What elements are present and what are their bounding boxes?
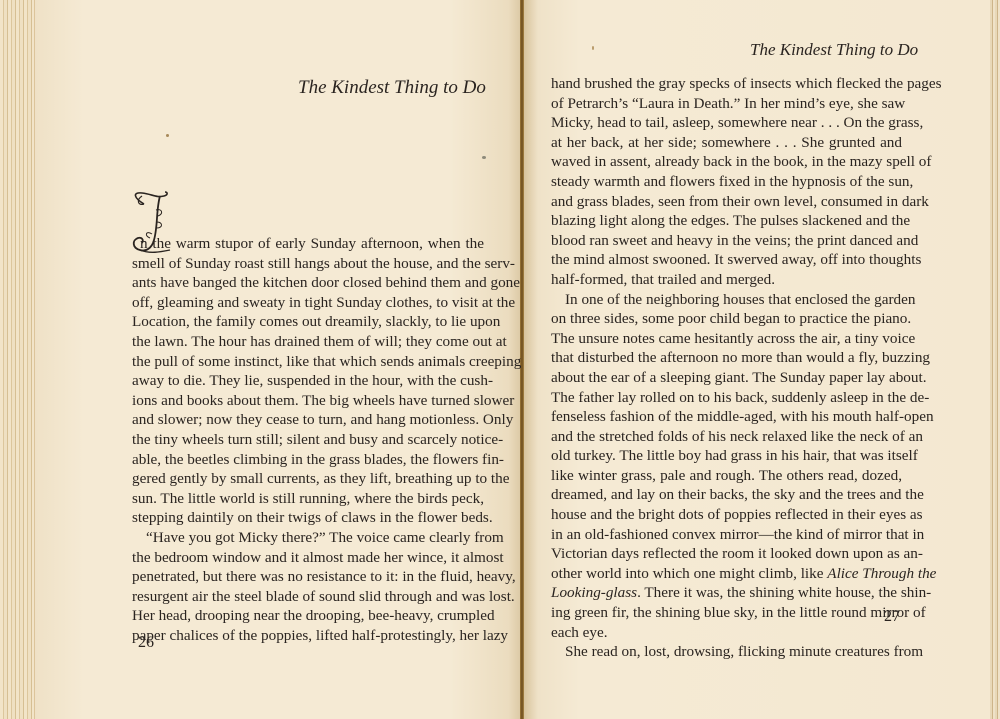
- text-line: smell of Sunday roast still hangs about …: [132, 254, 484, 274]
- text-line: blazing light along the edges. The pulse…: [551, 211, 902, 231]
- paper-speck: [592, 46, 594, 50]
- text-line: off, gleaming and sweaty in tight Sunday…: [132, 293, 484, 313]
- text-line: half-formed, that trailed and merged.: [551, 270, 902, 290]
- book-title-italic: Alice Through the: [827, 565, 936, 582]
- text-fragment: other world into which one might climb, …: [551, 565, 827, 582]
- text-line: In one of the neighboring houses that en…: [551, 290, 902, 310]
- text-line: other world into which one might climb, …: [551, 564, 902, 584]
- text-line: in an old-fashioned convex mirror—the ki…: [551, 525, 902, 545]
- text-line: stepping daintily on their twigs of claw…: [132, 508, 484, 528]
- text-line: of Petrarch’s “Laura in Death.” In her m…: [551, 94, 902, 114]
- text-line: n the warm stupor of early Sunday aftern…: [132, 234, 484, 254]
- text-fragment: . There it was, the shining white house,…: [637, 584, 931, 601]
- text-line: She read on, lost, drowsing, flicking mi…: [551, 642, 902, 662]
- text-line: penetrated, but there was no resistance …: [132, 567, 484, 587]
- text-line: fenseless fashion of the middle-aged, wi…: [551, 407, 902, 427]
- running-head-right: The Kindest Thing to Do: [750, 40, 918, 60]
- page-number-right: 27: [884, 608, 900, 626]
- text-line: The unsure notes came hesitantly across …: [551, 329, 902, 349]
- right-page-body: hand brushed the gray specks of insects …: [551, 74, 902, 662]
- text-line: Looking-glass. There it was, the shining…: [551, 583, 902, 603]
- text-line: and slower; now they cease to turn, and …: [132, 410, 484, 430]
- left-page-body: n the warm stupor of early Sunday aftern…: [132, 234, 484, 645]
- text-line: about the ear of a sleeping giant. The S…: [551, 368, 902, 388]
- text-line: Location, the family comes out dreamily,…: [132, 312, 484, 332]
- text-line: Victorian days reflected the room it loo…: [551, 544, 902, 564]
- text-line: the mind almost swooned. It swerved away…: [551, 250, 902, 270]
- text-line: dreamed, and lay on their backs, the sky…: [551, 485, 902, 505]
- page-number-left: 26: [138, 634, 154, 652]
- text-line: each eye.: [551, 623, 902, 643]
- page-edges-left: [0, 0, 34, 719]
- paper-speck: [482, 156, 486, 159]
- text-line: waved in assent, already back in the boo…: [551, 152, 902, 172]
- text-line: sun. The little world is still running, …: [132, 489, 484, 509]
- book-title-italic: Looking-glass: [551, 584, 637, 601]
- text-line: like winter grass, pale and rough. The o…: [551, 466, 902, 486]
- text-line: steady warmth and flowers fixed in the h…: [551, 172, 902, 192]
- text-line: the lawn. The hour has drained them of w…: [132, 332, 484, 352]
- text-line: the tiny wheels turn still; silent and b…: [132, 430, 484, 450]
- text-line: away to die. They lie, suspended in the …: [132, 371, 484, 391]
- text-line: at her back, at her side; somewhere . . …: [551, 133, 902, 153]
- text-line: able, the beetles climbing in the grass …: [132, 450, 484, 470]
- text-line: house and the bright dots of poppies ref…: [551, 505, 902, 525]
- text-line: Micky, head to tail, asleep, somewhere n…: [551, 113, 902, 133]
- text-line: gered gently by small currents, as they …: [132, 469, 484, 489]
- text-line: paper chalices of the poppies, lifted ha…: [132, 626, 484, 646]
- running-head-left: The Kindest Thing to Do: [298, 77, 486, 99]
- paper-speck: [166, 134, 169, 137]
- text-line: blood ran sweet and heavy in the veins; …: [551, 231, 902, 251]
- text-line: “Have you got Micky there?” The voice ca…: [132, 528, 484, 548]
- text-line: ants have banged the kitchen door closed…: [132, 273, 484, 293]
- open-book-spread: The Kindest Thing to Do n the warm stupo…: [0, 0, 1000, 719]
- text-line: and the stretched folds of his neck rela…: [551, 427, 902, 447]
- text-line: on three sides, some poor child began to…: [551, 309, 902, 329]
- text-line: the pull of some instinct, like that whi…: [132, 352, 484, 372]
- text-line: old turkey. The little boy had grass in …: [551, 446, 902, 466]
- text-line: that disturbed the afternoon no more tha…: [551, 348, 902, 368]
- text-line: ing green fir, the shining blue sky, in …: [551, 603, 902, 623]
- text-line: hand brushed the gray specks of insects …: [551, 74, 902, 94]
- page-edges-right: [990, 0, 1000, 719]
- text-line: Her head, drooping near the drooping, be…: [132, 606, 484, 626]
- text-line: and grass blades, seen from their own le…: [551, 192, 902, 212]
- text-line: resurgent air the steel blade of sound s…: [132, 587, 484, 607]
- text-line: The father lay rolled on to his back, su…: [551, 388, 902, 408]
- text-line: the bedroom window and it almost made he…: [132, 548, 484, 568]
- text-line: ions and books about them. The big wheel…: [132, 391, 484, 411]
